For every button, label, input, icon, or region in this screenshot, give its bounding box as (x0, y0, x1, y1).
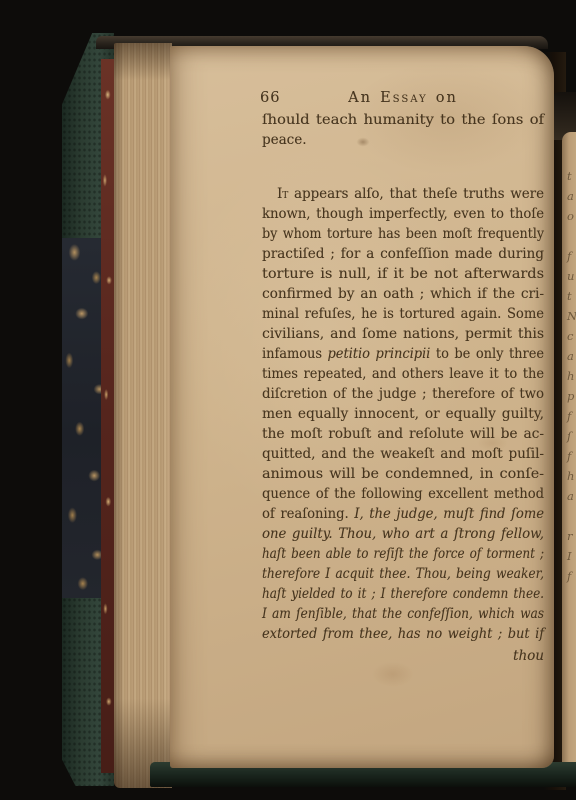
text-line: peace. (262, 130, 544, 150)
text-line: of reaſoning. I, the judge, muſt find ſo… (262, 504, 544, 524)
text-line: extorted from thee, has no weight ; but … (262, 624, 544, 644)
page-text-area: 66 An Essay on ſhould teach humanity to … (170, 46, 544, 666)
text-line: times repeated, and others leave it to t… (262, 364, 544, 384)
running-title: An Essay on (262, 88, 544, 108)
text-line: torture is null, if it be not afterwards (262, 264, 544, 284)
catchword: thou (513, 648, 544, 664)
text-line: practiſed ; for a confeſſion made during (262, 244, 544, 264)
text-line: infamous petitio principii to be only th… (262, 344, 544, 364)
running-header: 66 An Essay on (262, 88, 544, 108)
text-line: ſhould teach humanity to the ſons of (262, 110, 544, 130)
text-line: one guilty. Thou, who art a ſtrong fello… (262, 524, 544, 544)
text-line: animous will be condemned, in conſe- (262, 464, 544, 484)
book-cover-left-edge (62, 33, 114, 786)
paragraph: It appears alſo, that theſe truths werek… (262, 184, 544, 644)
text-line: therefore I acquit thee. Thou, being wea… (262, 564, 544, 584)
text-line: the moſt robuſt and reſolute will be ac- (262, 424, 544, 444)
photo-backdrop: t a o f u t N c a h p f ſ f h a r I f 66… (0, 0, 576, 800)
text-line: men equally innocent, or equally guilty, (262, 404, 544, 424)
book-page: 66 An Essay on ſhould teach humanity to … (170, 46, 554, 768)
paragraph: ſhould teach humanity to the ſons ofpeac… (262, 110, 544, 150)
text-line: haſt been able to reſiſt the force of to… (262, 544, 544, 564)
body-text: ſhould teach humanity to the ſons ofpeac… (262, 110, 544, 644)
text-line: by whom torture has been moſt frequently (262, 224, 544, 244)
page-number: 66 (260, 88, 280, 108)
text-line: diſcretion of the judge ; therefore of t… (262, 384, 544, 404)
text-line: It appears alſo, that theſe truths were (262, 184, 544, 204)
marbled-swirl-strip (101, 59, 114, 773)
text-line: known, though imperfectly, even to thoſe (262, 204, 544, 224)
text-line: quitted, and the weakeſt and moſt puſil- (262, 444, 544, 464)
text-line: quence of the following excellent method (262, 484, 544, 504)
facing-page-text-fragments: t a o f u t N c a h p f ſ f h a r I f (562, 132, 576, 586)
text-line: I am ſenſible, that the confeſſion, whic… (262, 604, 544, 624)
facing-page-edge: t a o f u t N c a h p f ſ f h a r I f (562, 132, 576, 766)
catchword-row: thou (262, 646, 544, 666)
text-line: minal refuſes, he is tortured again. Som… (262, 304, 544, 324)
text-line: civilians, and ſome nations, permit this (262, 324, 544, 344)
page-fore-edges (114, 43, 172, 788)
text-line: confirmed by an oath ; which if the cri- (262, 284, 544, 304)
text-line: haſt yielded to it ; I therefore condemn… (262, 584, 544, 604)
